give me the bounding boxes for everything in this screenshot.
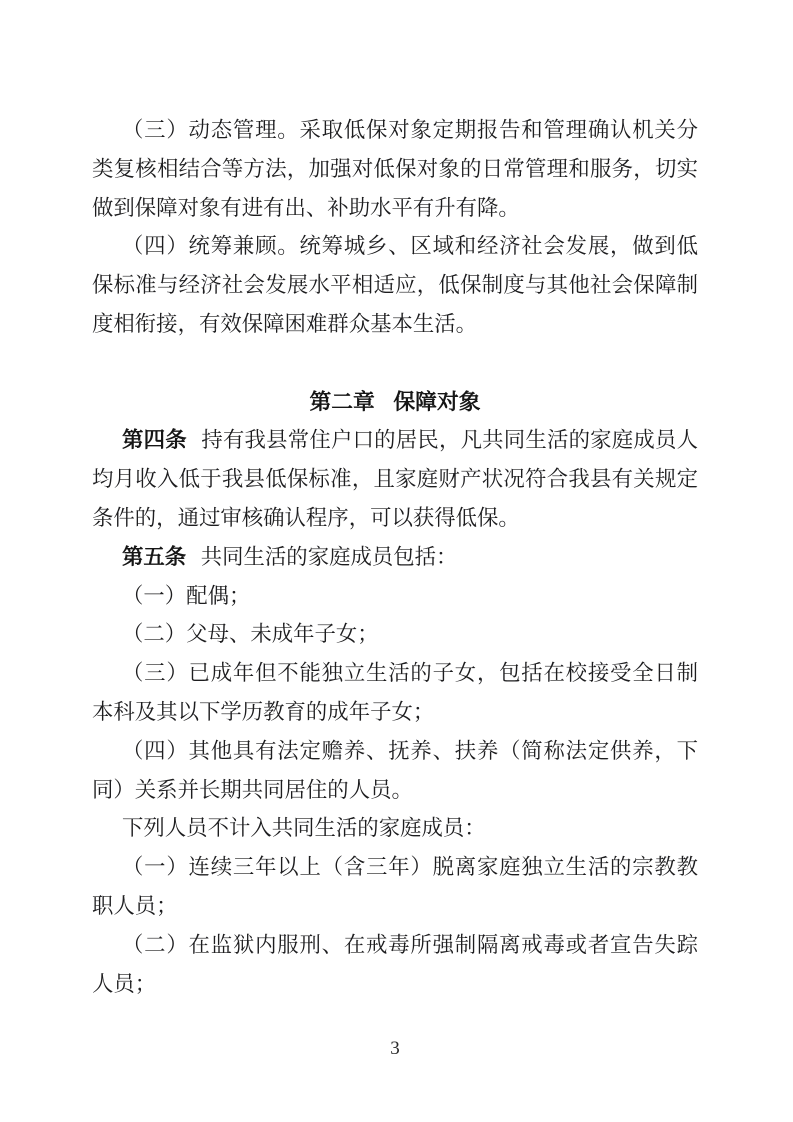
article-5-text: 共同生活的家庭成员包括： — [201, 545, 458, 569]
excluded-member-item-2: （二）在监狱内服刑、在戒毒所强制隔离戒毒或者宣告失踪人员； — [92, 926, 698, 1004]
document-body: （三）动态管理。采取低保对象定期报告和管理确认机关分类复核相结合等方法，加强对低… — [92, 0, 698, 1003]
paragraph-principle-3-dynamic-management: （三）动态管理。采取低保对象定期报告和管理确认机关分类复核相结合等方法，加强对低… — [92, 111, 698, 227]
chapter-title: 保障对象 — [393, 389, 480, 414]
family-member-item-4: （四）其他具有法定赡养、抚养、扶养（简称法定供养，下同）关系并长期共同居住的人员… — [92, 732, 698, 810]
family-member-item-3: （三）已成年但不能独立生活的子女，包括在校接受全日制本科及其以下学历教育的成年子… — [92, 654, 698, 732]
page-number: 3 — [390, 1038, 400, 1059]
document-page: （三）动态管理。采取低保对象定期报告和管理确认机关分类复核相结合等方法，加强对低… — [0, 0, 793, 1122]
chapter-number: 第二章 — [309, 389, 374, 414]
family-member-item-2: （二）父母、未成年子女； — [92, 615, 698, 654]
paragraph-article-4: 第四条持有我县常住户口的居民，凡共同生活的家庭成员人均月收入低于我县低保标准，且… — [92, 421, 698, 537]
family-member-item-1: （一）配偶； — [92, 577, 698, 616]
page-footer: 3 — [92, 1036, 698, 1062]
excluded-members-intro: 下列人员不计入共同生活的家庭成员： — [92, 809, 698, 848]
article-5-number: 第五条 — [122, 545, 186, 569]
paragraph-article-5: 第五条共同生活的家庭成员包括： — [92, 538, 698, 577]
chapter-2-heading: 第二章保障对象 — [92, 383, 698, 422]
excluded-member-item-1: （一）连续三年以上（含三年）脱离家庭独立生活的宗教教职人员； — [92, 848, 698, 926]
article-4-number: 第四条 — [122, 428, 187, 452]
paragraph-principle-4-overall-planning: （四）统筹兼顾。统筹城乡、区域和经济社会发展，做到低保标准与经济社会发展水平相适… — [92, 227, 698, 343]
